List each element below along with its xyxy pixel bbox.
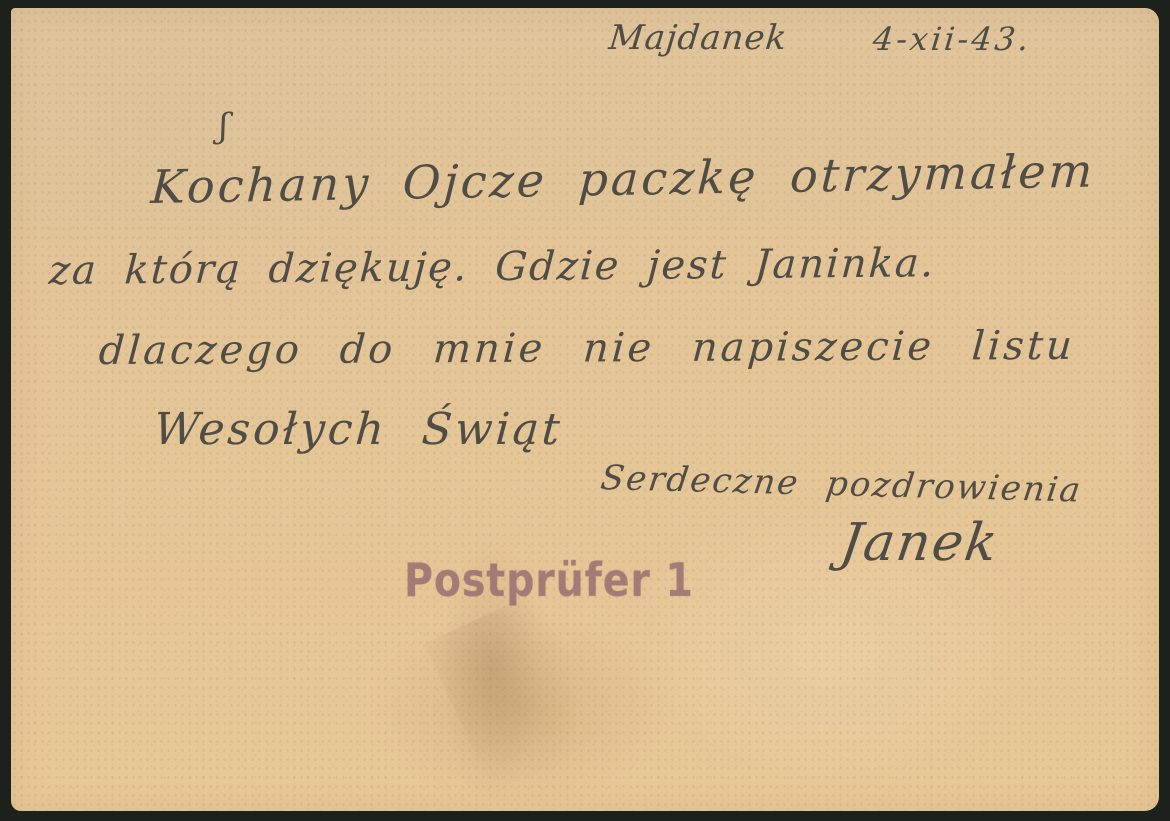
- body-line-3: dlaczego do mnie nie napiszecie listu: [98, 323, 1077, 374]
- censor-stamp: Postprüfer 1: [404, 553, 694, 607]
- flourish-mark: ʃ: [219, 106, 228, 146]
- body-line-2: za którą dziękuję. Gdzie jest Janinka.: [48, 240, 937, 294]
- body-line-1: Kochany Ojcze paczkę otrzymałem: [150, 143, 1097, 214]
- signature: Janek: [837, 513, 1003, 573]
- header-place: Majdanek: [607, 18, 790, 58]
- header-date: 4-xii-43.: [871, 20, 1033, 58]
- body-line-4: Wesołych Świąt: [152, 404, 564, 455]
- postcard: Majdanek 4-xii-43. ʃ Kochany Ojcze paczk…: [11, 8, 1159, 811]
- closing-greeting: Serdeczne pozdrowienia: [598, 458, 1084, 510]
- stain-mark: [424, 589, 618, 807]
- scanned-postcard: Majdanek 4-xii-43. ʃ Kochany Ojcze paczk…: [0, 0, 1170, 821]
